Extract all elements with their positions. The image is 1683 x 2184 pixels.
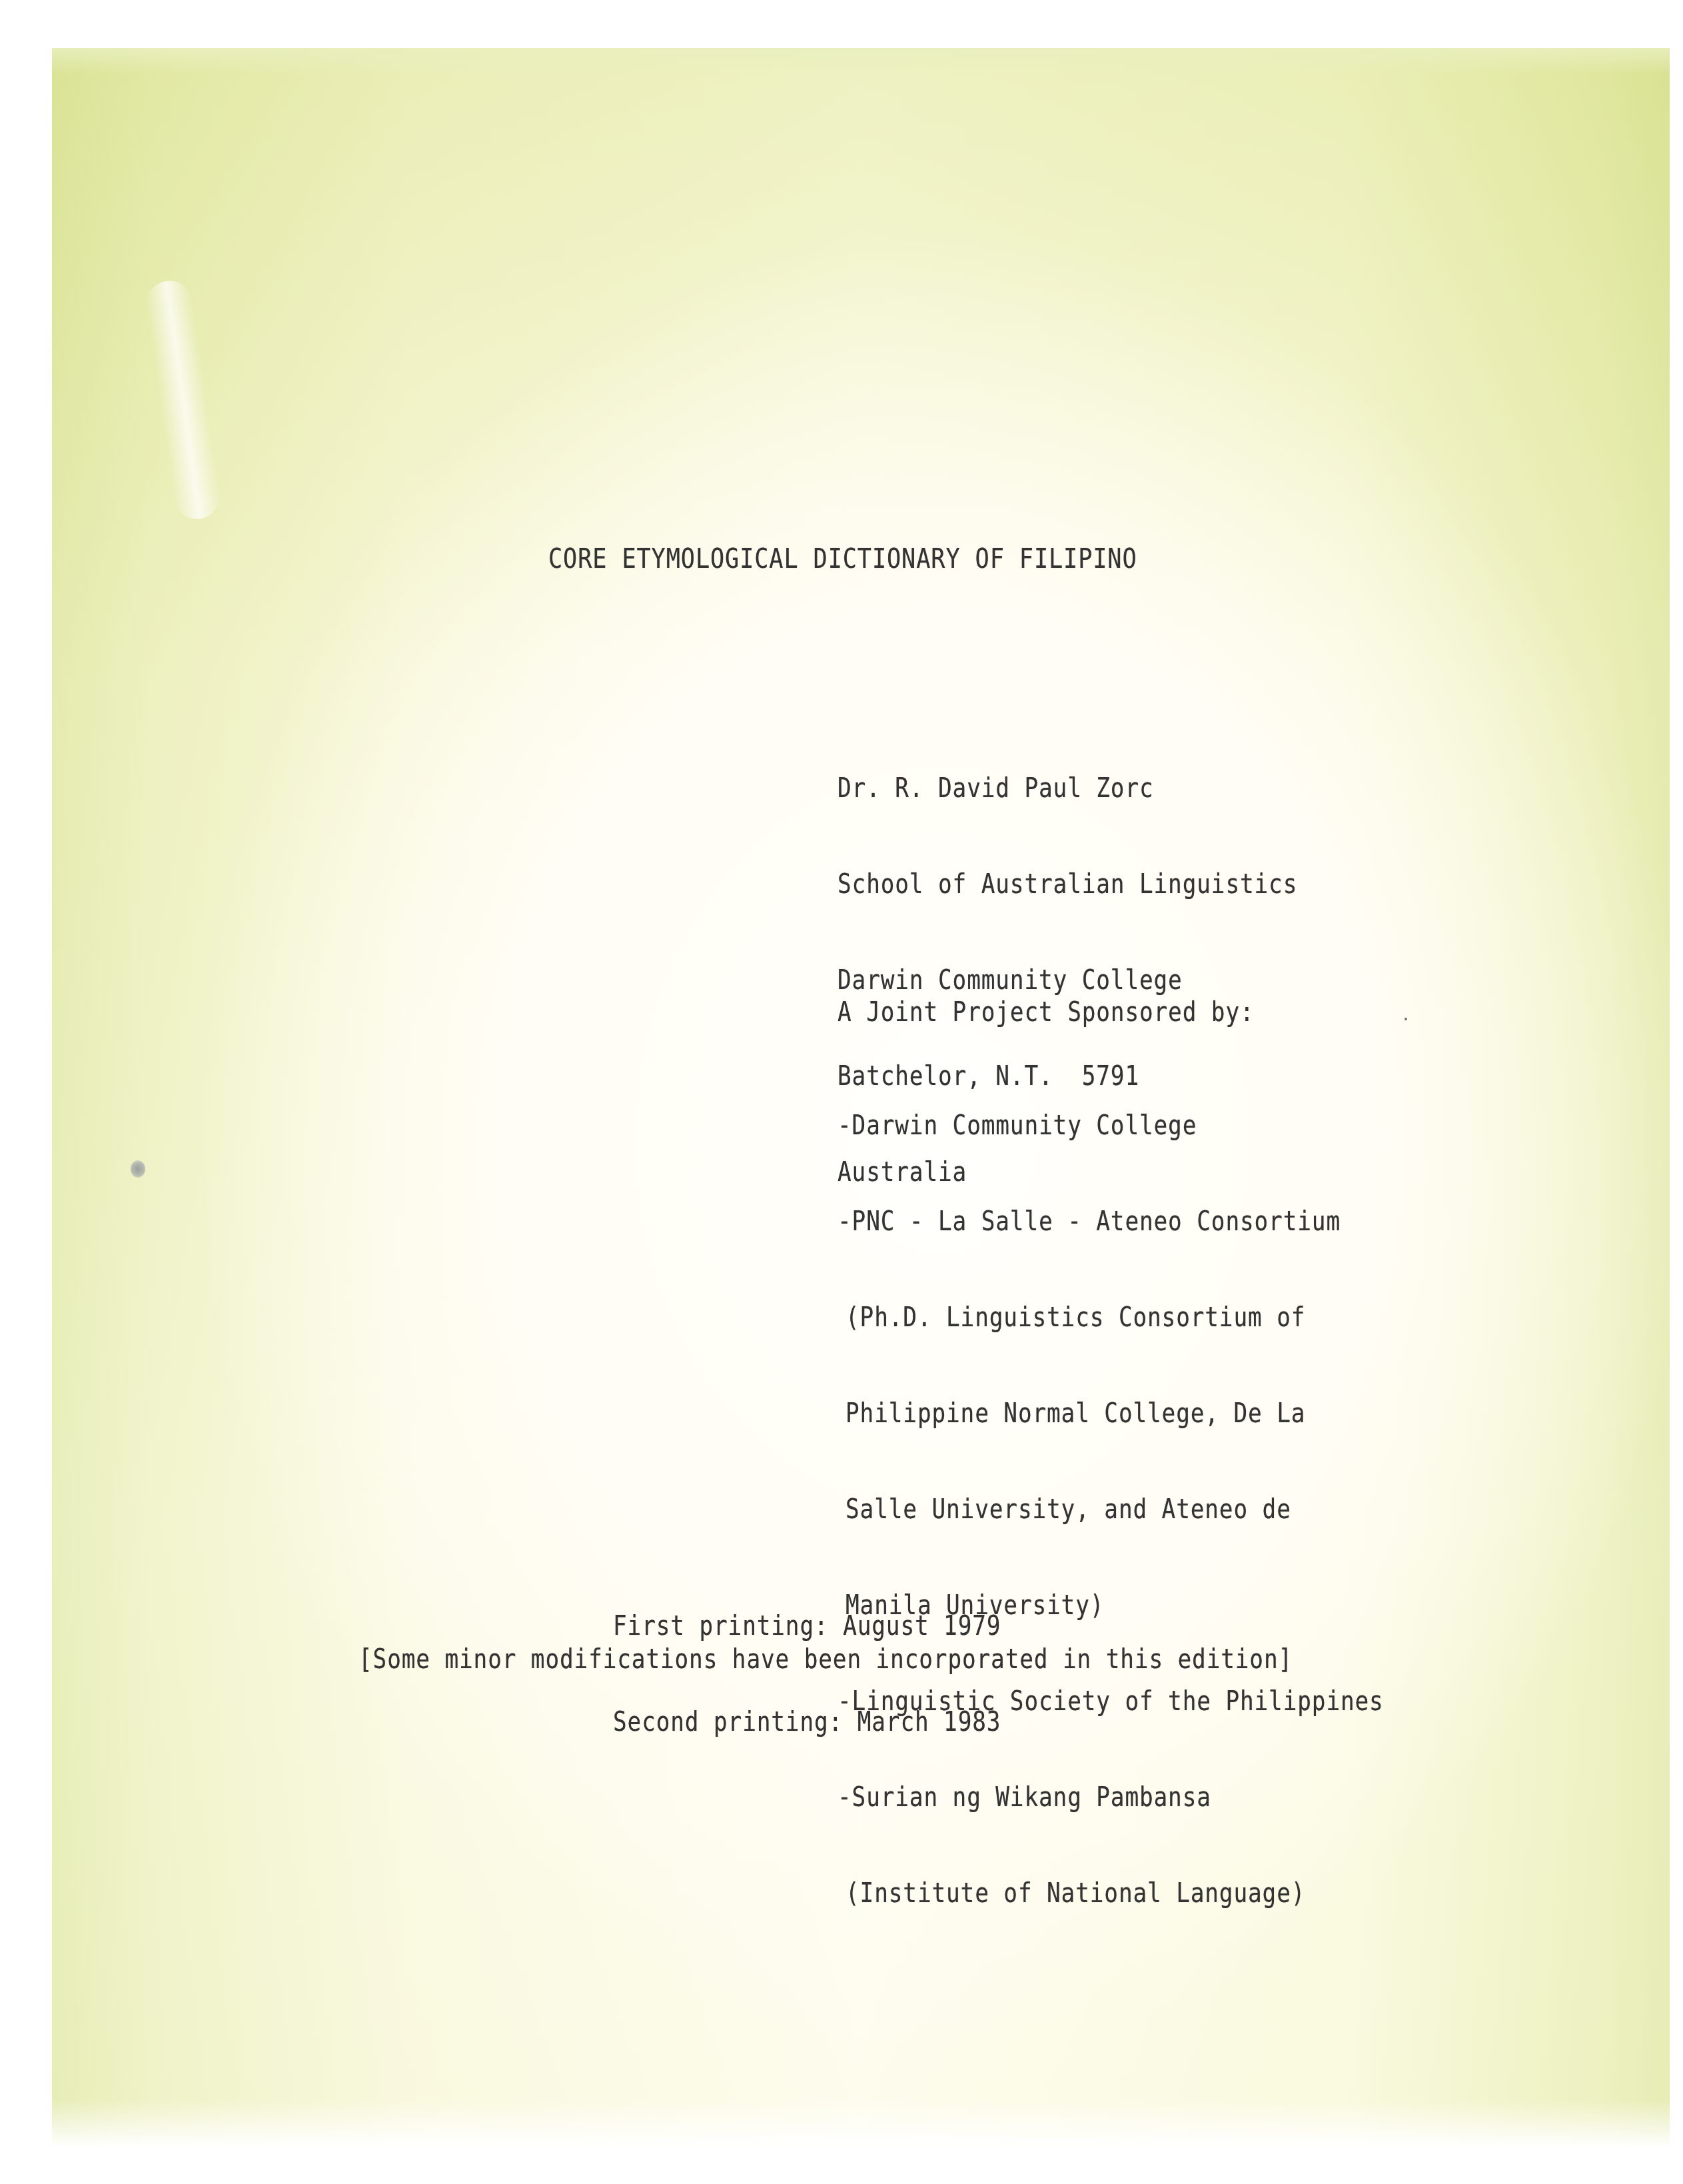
sponsor-item-detail: (Ph.D. Linguistics Consortium of (838, 1302, 1384, 1334)
binding-hole-mark (131, 1160, 145, 1178)
paper-bottom-edge (52, 2099, 1670, 2147)
author-school: School of Australian Linguistics (838, 868, 1297, 900)
author-name: Dr. R. David Paul Zorc (838, 772, 1297, 804)
ink-speck (1404, 1018, 1407, 1020)
sponsors-list: -Darwin Community College -PNC - La Sall… (838, 1046, 1384, 1941)
second-printing: Second printing: March 1983 (613, 1706, 1001, 1738)
first-printing: First printing: August 1979 (613, 1610, 1001, 1642)
sponsor-item-detail: Salle University, and Ateneo de (838, 1494, 1384, 1526)
sponsor-item: -PNC - La Salle - Ateneo Consortium (838, 1206, 1384, 1238)
sponsors-heading: A Joint Project Sponsored by: (838, 996, 1255, 1028)
sponsor-item: -Darwin Community College (838, 1110, 1384, 1142)
edition-note: [Some minor modifications have been inco… (358, 1643, 1293, 1675)
sponsor-item-detail: (Institute of National Language) (838, 1877, 1384, 1909)
sponsor-item: -Surian ng Wikang Pambansa (838, 1781, 1384, 1813)
sponsor-item-detail: Philippine Normal College, De La (838, 1398, 1384, 1430)
author-college: Darwin Community College (838, 964, 1297, 996)
paper-top-edge (52, 48, 1670, 75)
document-title: CORE ETYMOLOGICAL DICTIONARY OF FILIPINO (548, 543, 1137, 574)
